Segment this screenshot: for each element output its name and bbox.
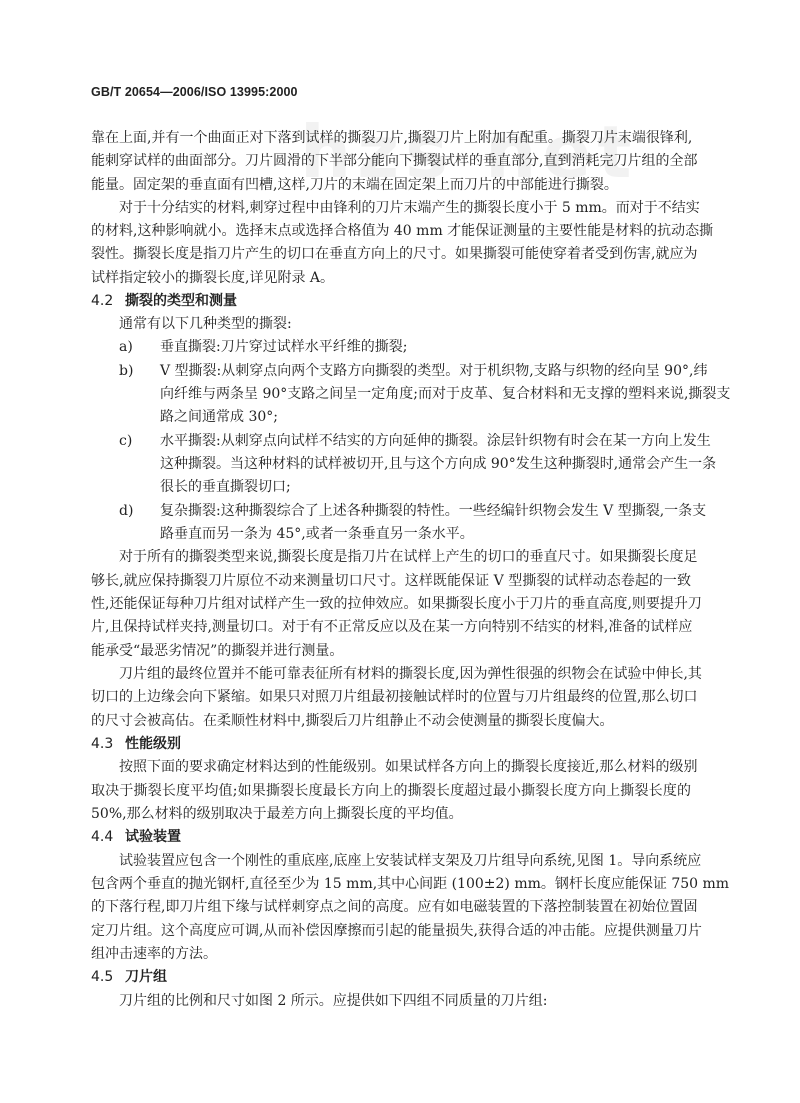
section-number: 4.5 [91,967,125,987]
body-line: 取决于撕裂长度平均值;如果撕裂长度最长方向上的撕裂长度超过最小撕裂长度方向上撕裂… [91,781,691,801]
list-item-c: c)水平撕裂:从刺穿点向试样不结实的方向延伸的撕裂。涂层针织物有时会在某一方向上… [119,431,691,451]
body-line: 能量。固定架的垂直面有凹槽,这样,刀片的末端在固定架上而刀片的中部能进行撕裂。 [91,175,691,195]
section-heading-4-4: 4.4试验装置 [91,827,181,847]
list-text: 路垂直而另一条为 45°,或者一条垂直另一条水平。 [160,524,691,544]
body-line: 50%,那么材料的级别取决于最差方向上撕裂长度的平均值。 [91,804,691,824]
section-number: 4.2 [91,291,125,311]
body-line: 刀片组的比例和尺寸如图 2 所示。应提供如下四组不同质量的刀片组: [119,991,691,1011]
document-page: hzs net GB/T 20654—2006/ISO 13995:2000 靠… [0,0,800,1103]
list-text: 水平撕裂:从刺穿点向试样不结实的方向延伸的撕裂。涂层针织物有时会在某一方向上发生 [160,433,711,449]
list-text: V 型撕裂:从刺穿点向两个支路方向撕裂的类型。对于机织物,支路与织物的经向呈 9… [160,363,707,379]
body-line: 组冲击速率的方法。 [91,944,691,964]
body-line: 的下落行程,即刀片组下缘与试样刺穿点之间的高度。应有如电磁装置的下落控制装置在初… [91,897,691,917]
list-text: 路之间通常成 30°; [160,407,691,427]
body-line: 试验装置应包含一个刚性的重底座,底座上安装试样支架及刀片组导向系统,见图 1。导… [119,851,691,871]
body-line: 的材料,这种影响就小。选择末点或选择合格值为 40 mm 才能保证测量的主要性能… [91,221,691,241]
body-line: 能承受“最恶劣情况”的撕裂并进行测量。 [91,641,691,661]
list-item-b: b)V 型撕裂:从刺穿点向两个支路方向撕裂的类型。对于机织物,支路与织物的经向呈… [119,361,691,381]
body-line: 够长,就应保持撕裂刀片原位不动来测量切口尺寸。这样既能保证 V 型撕裂的试样动态… [91,571,691,591]
section-heading-4-3: 4.3性能级别 [91,734,181,754]
body-line: 的尺寸会被高估。在柔顺性材料中,撕裂后刀片组静止不动会使测量的撕裂长度偏大。 [91,711,691,731]
body-line: 包含两个垂直的抛光钢杆,直径至少为 15 mm,其中心间距 (100±2) mm… [91,874,691,894]
list-marker: d) [119,501,160,521]
list-text: 复杂撕裂:这种撕裂综合了上述各种撕裂的特性。一些经编针织物会发生 V 型撕裂,一… [160,503,706,519]
list-text: 很长的垂直撕裂切口; [160,477,691,497]
list-marker: b) [119,361,160,381]
body-line: 靠在上面,并有一个曲面正对下落到试样的撕裂刀片,撕裂刀片上附加有配重。撕裂刀片末… [91,128,691,148]
section-title: 性能级别 [125,736,181,752]
body-line: 裂性。撕裂长度是指刀片产生的切口在垂直方向上的尺寸。如果撕裂可能使穿着者受到伤害… [91,244,691,264]
body-line: 切口的上边缘会向下紧缩。如果只对照刀片组最初接触试样时的位置与刀片组最终的位置,… [91,687,691,707]
section-title: 撕裂的类型和测量 [125,293,237,309]
body-line: 能刺穿试样的曲面部分。刀片圆滑的下半部分能向下撕裂试样的垂直部分,直到消耗完刀片… [91,151,691,171]
body-line: 对于十分结实的材料,刺穿过程中由锋利的刀片末端产生的撕裂长度小于 5 mm。而对… [119,198,691,218]
section-heading-4-2: 4.2撕裂的类型和测量 [91,291,237,311]
list-text: 垂直撕裂:刀片穿过试样水平纤维的撕裂; [160,339,407,355]
body-line: 试样指定较小的撕裂长度,详见附录 A。 [91,268,691,288]
body-line: 性,还能保证每种刀片组对试样产生一致的拉伸效应。如果撕裂长度小于刀片的垂直高度,… [91,594,691,614]
list-item-d: d)复杂撕裂:这种撕裂综合了上述各种撕裂的特性。一些经编针织物会发生 V 型撕裂… [119,501,691,521]
body-line: 片,且保持试样夹持,测量切口。对于有不正常反应以及在某一方向特别不结实的材料,准… [91,617,691,637]
body-line: 刀片组的最终位置并不能可靠表征所有材料的撕裂长度,因为弹性很强的织物会在试验中伸… [119,664,691,684]
body-line: 对于所有的撕裂类型来说,撕裂长度是指刀片在试样上产生的切口的垂直尺寸。如果撕裂长… [119,547,691,567]
list-item-a: a)垂直撕裂:刀片穿过试样水平纤维的撕裂; [119,337,719,357]
standard-code-header: GB/T 20654—2006/ISO 13995:2000 [91,85,298,99]
section-number: 4.3 [91,734,125,754]
list-text: 这种撕裂。当这种材料的试样被切开,且与这个方向成 90°发生这种撕裂时,通常会产… [160,454,691,474]
body-line: 按照下面的要求确定材料达到的性能级别。如果试样各方向上的撕裂长度接近,那么材料的… [119,757,691,777]
section-title: 刀片组 [125,969,167,985]
body-line: 定刀片组。这个高度应可调,从而补偿因摩擦而引起的能量损失,获得合适的冲击能。应提… [91,921,691,941]
list-marker: a) [119,337,160,357]
section-heading-4-5: 4.5刀片组 [91,967,167,987]
section-number: 4.4 [91,827,125,847]
list-text: 向纤维与两条呈 90°支路之间呈一定角度;而对于皮革、复合材料和无支撑的塑料来说… [160,384,691,404]
section-title: 试验装置 [125,829,181,845]
body-line: 通常有以下几种类型的撕裂: [119,314,691,334]
list-marker: c) [119,431,160,451]
